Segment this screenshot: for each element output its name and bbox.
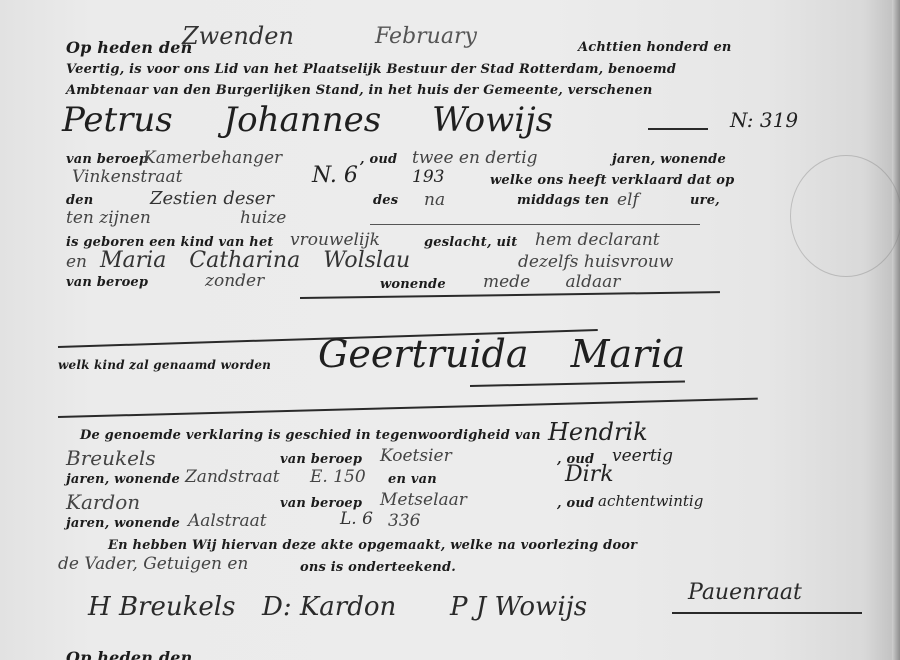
signature-official: Pauenraat <box>688 580 802 605</box>
printed-text: middags ten <box>517 193 609 208</box>
handwritten-occupation: Koetsier <box>380 446 452 466</box>
handwritten-age: twee en dertig <box>412 148 538 168</box>
handwritten-age: achtentwintig <box>598 492 703 510</box>
handwritten-sex: vrouwelijk <box>290 230 380 250</box>
handwritten-witness2-last: Kardon <box>66 490 140 514</box>
printed-text: ons is onderteekend. <box>300 560 456 575</box>
printed-text: De genoemde verklaring is geschied in te… <box>80 428 541 443</box>
handwritten-place: huize <box>240 208 286 228</box>
handwritten-witness1-first: Hendrik <box>548 418 648 446</box>
fill-line <box>300 291 720 299</box>
handwritten-address: Zandstraat <box>185 467 280 487</box>
printed-text: welke ons heeft verklaard dat op <box>490 173 734 188</box>
printed-text: van beroep <box>280 452 362 467</box>
printed-text: van beroep <box>66 275 148 290</box>
handwritten-wijk: E. 150 <box>310 467 366 487</box>
handwritten-text: dezelfs huisvrouw <box>518 252 673 272</box>
fill-line <box>648 128 708 130</box>
printed-text: , oud <box>360 152 397 167</box>
fill-line <box>370 224 700 225</box>
printed-text: Achttien honderd en <box>578 40 732 55</box>
handwritten-father: hem declarant <box>535 230 660 250</box>
printed-text: en van <box>388 472 437 487</box>
printed-text: den <box>66 193 93 208</box>
handwritten-witness2-first: Dirk <box>565 462 614 487</box>
handwritten-text: en <box>66 252 87 272</box>
page-edge <box>892 0 900 660</box>
divider-line <box>58 398 758 418</box>
printed-text: Veertig, is voor ons Lid van het Plaatse… <box>66 62 676 77</box>
handwritten-house-number: 193 <box>412 167 444 187</box>
handwritten-residence: mede aldaar <box>483 272 620 292</box>
handwritten-wijk: N. 6 <box>312 163 358 188</box>
underline <box>470 380 685 387</box>
signature-witness2: D: Kardon <box>262 592 396 622</box>
next-record-text: Op heden den <box>66 648 192 660</box>
handwritten-wijk: L. 6 <box>340 509 373 529</box>
handwritten-address: Vinkenstraat <box>72 167 182 187</box>
handwritten-age: veertig <box>612 446 673 466</box>
handwritten-day: Zwenden <box>182 22 294 50</box>
handwritten-child-name: Geertruida Maria <box>318 332 685 376</box>
handwritten-hour: elf <box>617 190 639 210</box>
signature-witness1: H Breukels <box>88 592 235 622</box>
embossed-seal <box>790 155 900 277</box>
printed-text: welk kind zal genaamd worden <box>58 358 271 372</box>
handwritten-text: de Vader, Getuigen en <box>58 554 248 574</box>
handwritten-address: Aalstraat <box>188 511 267 531</box>
printed-text: Ambtenaar van den Burgerlijken Stand, in… <box>66 83 653 98</box>
handwritten-witness1-last: Breukels <box>66 446 156 470</box>
printed-text: jaren, wonende <box>66 472 180 487</box>
printed-text: wonende <box>380 277 446 292</box>
printed-text: des <box>373 193 398 208</box>
signature-father: P J Wowijs <box>450 592 587 622</box>
printed-text: geslacht, uit <box>424 235 517 250</box>
printed-text: jaren, wonende <box>612 152 726 167</box>
handwritten-declarant-name: Petrus Johannes Wowijs <box>62 100 553 140</box>
record-number: N: 319 <box>730 108 798 132</box>
printed-text: En hebben Wij hiervan deze akte opgemaak… <box>108 538 637 553</box>
printed-text: Op heden den <box>66 38 192 57</box>
handwritten-house-number: 336 <box>388 511 420 531</box>
handwritten-na: na <box>424 190 445 210</box>
signature-underline <box>672 612 862 614</box>
printed-text: , oud <box>557 496 594 511</box>
handwritten-place: ten zijnen <box>66 208 151 228</box>
document-page: Op heden den Zwenden February Achttien h… <box>0 0 900 660</box>
handwritten-month: February <box>375 24 477 49</box>
printed-text: jaren, wonende <box>66 516 180 531</box>
handwritten-occupation: Kamerbehanger <box>143 148 282 168</box>
handwritten-occupation: Metselaar <box>380 490 467 510</box>
handwritten-date: Zestien deser <box>150 188 274 209</box>
handwritten-occupation: zonder <box>205 271 264 291</box>
printed-text: ure, <box>690 193 720 208</box>
printed-text: van beroep <box>66 152 148 167</box>
handwritten-mother: Maria Catharina Wolslau <box>100 248 410 273</box>
